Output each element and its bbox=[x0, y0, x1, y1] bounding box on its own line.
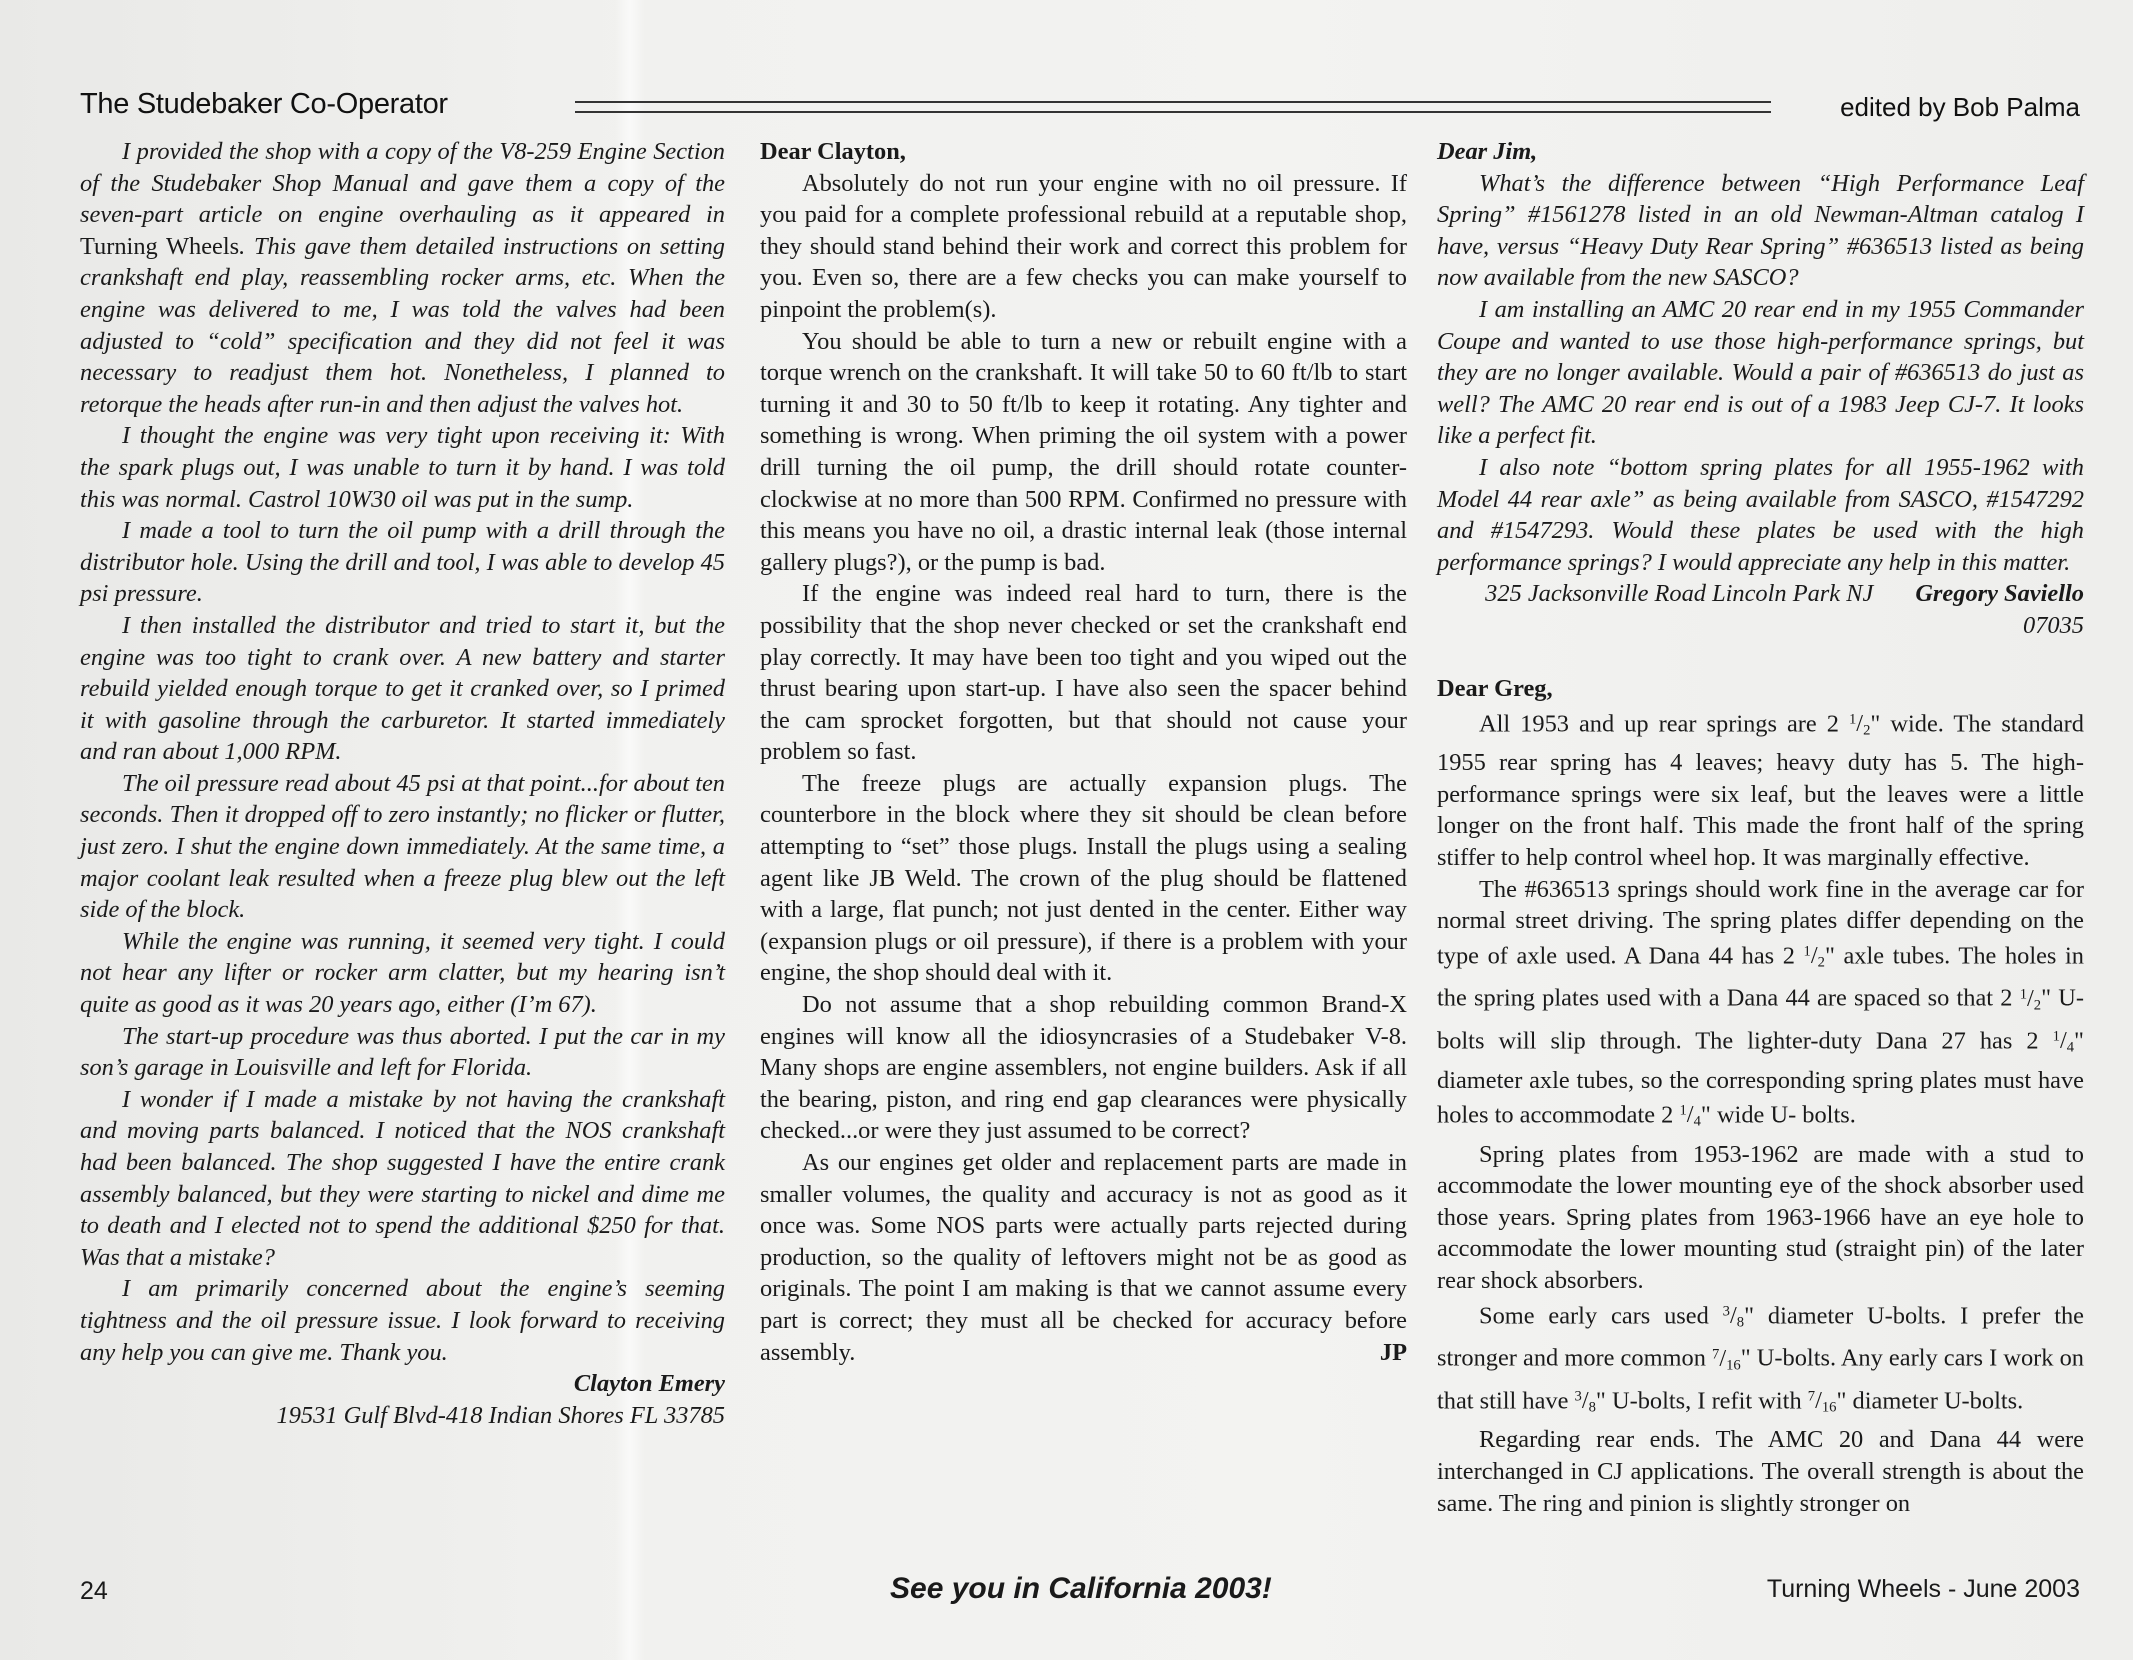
header-rule-top bbox=[575, 101, 1771, 103]
letter-paragraph: I thought the engine was very tight upon… bbox=[80, 420, 725, 515]
footer-tagline: See you in California 2003! bbox=[890, 1572, 1272, 1606]
page-number: 24 bbox=[80, 1577, 108, 1606]
letter-paragraph: I am installing an AMC 20 rear end in my… bbox=[1437, 294, 2084, 452]
letter-paragraph: I made a tool to turn the oil pump with … bbox=[80, 515, 725, 610]
fraction-seven-sixteenths: 7/16 bbox=[1808, 1387, 1837, 1414]
editor-credit: edited by Bob Palma bbox=[1840, 92, 2080, 123]
letter-address: 19531 Gulf Blvd-418 Indian Shores FL 337… bbox=[80, 1400, 725, 1432]
reply-paragraph: You should be able to turn a new or rebu… bbox=[760, 326, 1407, 579]
publication-name: Turning Wheels bbox=[80, 233, 239, 260]
fraction-half: 1/2 bbox=[1849, 710, 1870, 737]
fraction-seven-sixteenths: 7/16 bbox=[1712, 1345, 1741, 1372]
fraction-three-eighths: 3/8 bbox=[1723, 1302, 1744, 1329]
issue-label: Turning Wheels - June 2003 bbox=[1767, 1575, 2080, 1604]
letter-paragraph: I also note “bottom spring plates for al… bbox=[1437, 452, 2084, 578]
letter-paragraph: I am primarily concerned about the engin… bbox=[80, 1273, 725, 1368]
column-title: The Studebaker Co-Operator bbox=[80, 88, 448, 121]
reply-salutation: Dear Greg, bbox=[1437, 673, 2084, 705]
letter-clayton-emery: I provided the shop with a copy of the V… bbox=[80, 136, 725, 1431]
reply-paragraph: The #636513 springs should work fine in … bbox=[1437, 874, 2084, 1139]
letter-paragraph: The oil pressure read about 45 psi at th… bbox=[80, 768, 725, 926]
fraction-quarter: 1/4 bbox=[1679, 1101, 1700, 1128]
letter-paragraph: I provided the shop with a copy of the V… bbox=[80, 136, 725, 420]
letter-signature: Clayton Emery bbox=[80, 1368, 725, 1400]
reply-signature: JP bbox=[1338, 1337, 1407, 1369]
reply-paragraph: Spring plates from 1953-1962 are made wi… bbox=[1437, 1139, 2084, 1297]
letter-and-reply-greg: Dear Jim, What’s the difference between … bbox=[1437, 136, 2084, 1519]
header-rule-bottom bbox=[575, 111, 1771, 113]
fraction-half: 1/2 bbox=[1804, 942, 1825, 969]
magazine-page: The Studebaker Co-Operator edited by Bob… bbox=[0, 0, 2133, 1660]
reply-to-clayton: Dear Clayton, Absolutely do not run your… bbox=[760, 136, 1407, 1368]
fraction-half: 1/2 bbox=[2020, 985, 2041, 1012]
reply-paragraph: As our engines get older and replacement… bbox=[760, 1147, 1407, 1368]
letter-salutation: Dear Jim, bbox=[1437, 136, 2084, 168]
reply-paragraph: Some early cars used 3/8" diameter U-bol… bbox=[1437, 1297, 2084, 1425]
spacer bbox=[1437, 642, 2084, 674]
letter-paragraph: What’s the difference between “High Perf… bbox=[1437, 168, 2084, 294]
letter-paragraph: While the engine was running, it seemed … bbox=[80, 926, 725, 1021]
letter-paragraph: I then installed the distributor and tri… bbox=[80, 610, 725, 768]
reply-salutation: Dear Clayton, bbox=[760, 136, 1407, 168]
letter-paragraph: The start-up procedure was thus aborted.… bbox=[80, 1021, 725, 1084]
reply-paragraph: If the engine was indeed real hard to tu… bbox=[760, 578, 1407, 768]
fraction-quarter: 1/4 bbox=[2053, 1027, 2074, 1054]
letter-paragraph: I wonder if I made a mistake by not havi… bbox=[80, 1084, 725, 1274]
reply-paragraph: Do not assume that a shop rebuilding com… bbox=[760, 989, 1407, 1147]
reply-paragraph: The freeze plugs are actually expansion … bbox=[760, 768, 1407, 989]
fraction-three-eighths: 3/8 bbox=[1575, 1387, 1596, 1414]
reply-paragraph: Absolutely do not run your engine with n… bbox=[760, 168, 1407, 326]
letter-signature: Gregory Saviello bbox=[1873, 578, 2084, 610]
reply-paragraph: All 1953 and up rear springs are 2 1/2" … bbox=[1437, 705, 2084, 874]
reply-paragraph: Regarding rear ends. The AMC 20 and Dana… bbox=[1437, 1424, 2084, 1519]
